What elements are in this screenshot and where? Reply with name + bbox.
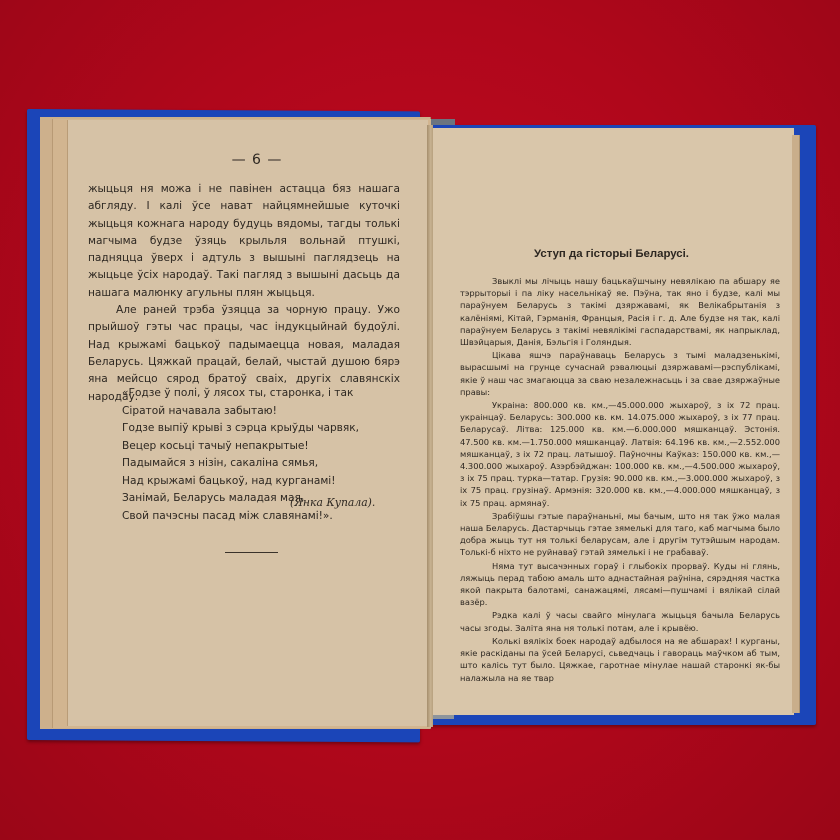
- poem-line: Свой пачэсны пасад між славянамі!».: [122, 508, 412, 526]
- paragraph: Няма тут высачэнных гораў і глыбокіх про…: [460, 560, 780, 609]
- paragraph: Колькі вялікіх боек народаў адбылося на …: [460, 635, 780, 684]
- page-number: — 6 —: [217, 152, 297, 168]
- poem-line: Падымайся з нізін, сакаліна сямья,: [122, 455, 412, 473]
- right-page-body: Звыклі мы лічыць нашу бацькаўшчыну невял…: [460, 275, 780, 685]
- paragraph: Цікава яшчэ параўнаваць Беларусь з тымі …: [460, 349, 780, 398]
- paragraph: жыцьця ня можа і не павінен астацца бяз …: [88, 181, 400, 302]
- paragraph: Украіна: 800.000 кв. км.,—45.000.000 жых…: [460, 399, 780, 509]
- left-page-body: жыцьця ня можа і не павінен астацца бяз …: [88, 181, 400, 406]
- poem-line: Сіратой начавала забытаю!: [122, 403, 412, 421]
- right-page-stack: [792, 135, 800, 713]
- section-separator-line: [225, 552, 278, 553]
- poem-line: «Годзе ў полі, ў лясох ты, старонка, і т…: [122, 385, 412, 403]
- paragraph: Зрабіўшы гэтые параўнаньні, мы бачым, шт…: [460, 510, 780, 559]
- paragraph: Звыклі мы лічыць нашу бацькаўшчыну невял…: [460, 275, 780, 348]
- chapter-title: Уступ да гісторыі Беларусі.: [430, 248, 793, 260]
- book-gutter: [427, 125, 433, 727]
- paragraph: Рэдка калі ў часы свайго мінулага жыцьця…: [460, 609, 780, 633]
- poem-line: Вецер косьці тачыў непакрытые!: [122, 438, 412, 456]
- poem-attribution: (Янка Купала).: [290, 496, 375, 509]
- poem-line: Годзе выпіў крыві з сэрца крыўды чарвяк,: [122, 420, 412, 438]
- poem-line: Над крыжамі бацькоў, над курганамі!: [122, 473, 412, 491]
